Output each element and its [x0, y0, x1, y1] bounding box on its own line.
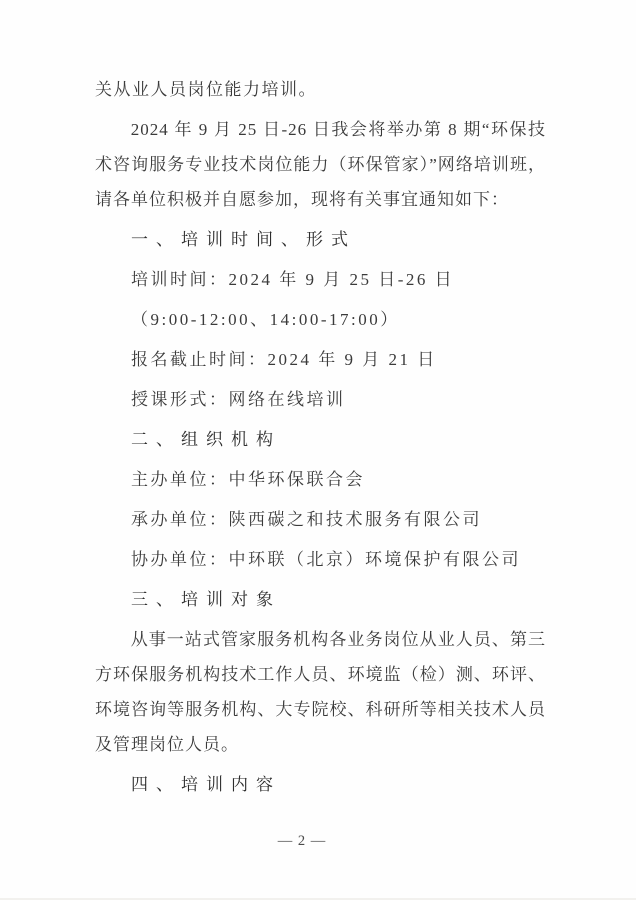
section-4-heading: 四、培训内容	[95, 767, 546, 802]
registration-deadline-line: 报名截止时间：2024 年 9 月 21 日	[95, 342, 546, 377]
training-audience-paragraph: 从事一站式管家服务机构各业务岗位从业人员、第三方环保服务机构技术工作人员、环境监…	[95, 622, 546, 762]
document-content: 关从业人员岗位能力培训。 2024 年 9 月 25 日-26 日我会将举办第 …	[95, 72, 546, 807]
organizer-line: 主办单位：中华环保联合会	[95, 462, 546, 497]
section-1-heading: 一、培训时间、形式	[95, 222, 546, 257]
training-time-line: 培训时间：2024 年 9 月 25 日-26 日	[95, 262, 546, 297]
training-hours-line: （9:00-12:00、14:00-17:00）	[95, 302, 546, 337]
undertaker-line: 承办单位：陕西碳之和技术服务有限公司	[95, 502, 546, 537]
section-3-heading: 三、培训对象	[95, 582, 546, 617]
document-page: 关从业人员岗位能力培训。 2024 年 9 月 25 日-26 日我会将举办第 …	[0, 0, 636, 900]
section-2-heading: 二、组织机构	[95, 422, 546, 457]
continuation-line: 关从业人员岗位能力培训。	[95, 72, 546, 107]
page-number: — 2 —	[0, 830, 620, 852]
teaching-format-line: 授课形式：网络在线培训	[95, 382, 546, 417]
announcement-paragraph: 2024 年 9 月 25 日-26 日我会将举办第 8 期“环保技术咨询服务专…	[95, 112, 546, 217]
co-organizer-line: 协办单位：中环联（北京）环境保护有限公司	[95, 542, 546, 577]
